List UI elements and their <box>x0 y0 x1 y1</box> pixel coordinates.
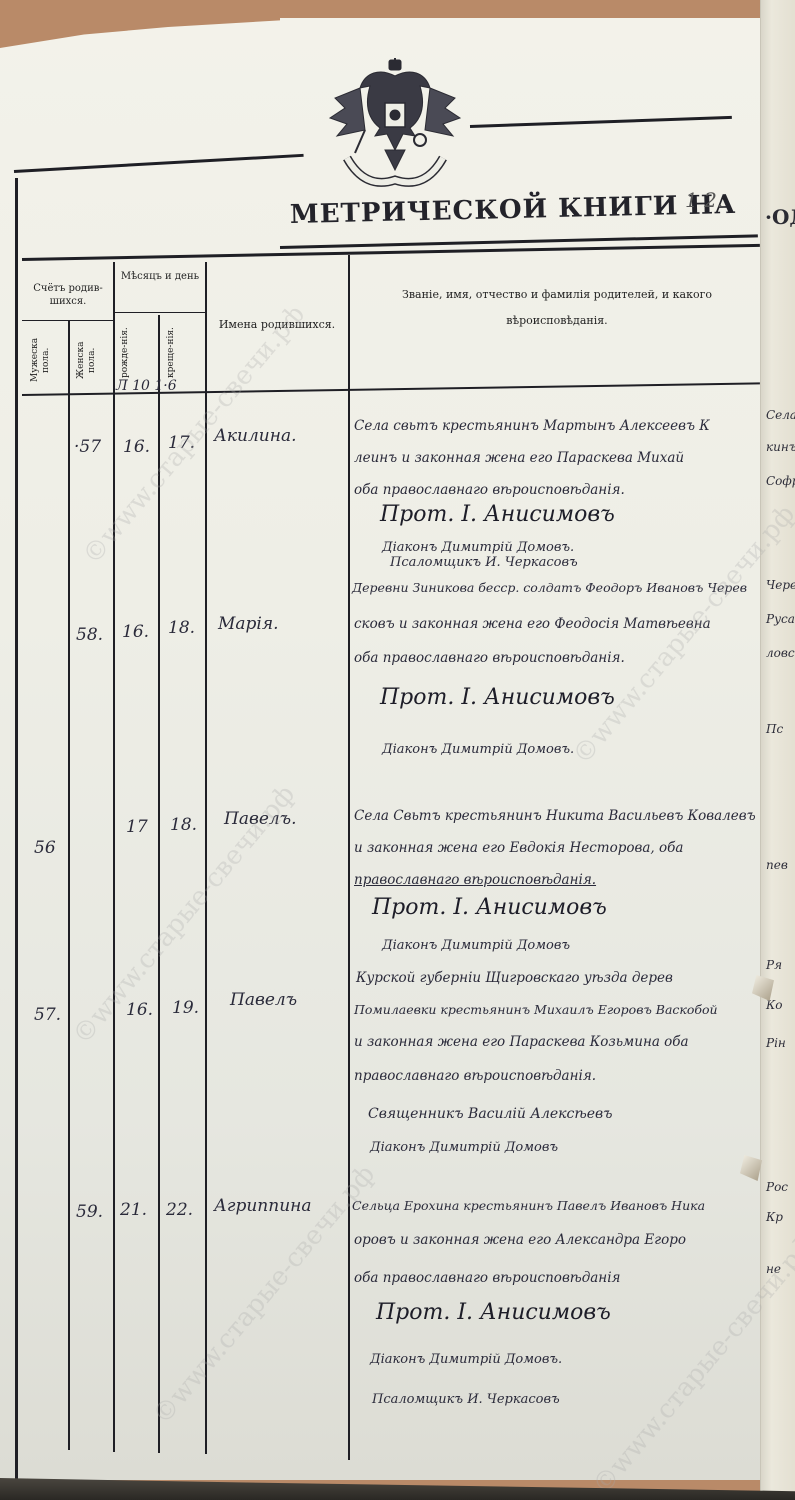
child-name: Павелъ <box>230 990 297 1010</box>
header-parents: Званіе, имя, отчество и фамилія родителе… <box>362 282 752 334</box>
parents-line: Села свьтъ крестьянинъ Мартынъ Алексеевъ… <box>354 418 710 434</box>
header-count-female: Женска пола. <box>76 330 106 390</box>
child-name: Агриппина <box>214 1196 311 1216</box>
parents-line: православнаго вѣроисповѣданія. <box>354 872 596 888</box>
baptism-day: 22. <box>166 1200 193 1220</box>
header-birth: рожде-нія. <box>120 325 150 380</box>
birth-day: 16. <box>126 1000 153 1020</box>
signature-priest: Прот. І. Анисимовъ <box>380 502 615 527</box>
right-page-fragment: Рос <box>766 1180 788 1194</box>
right-page-fragment: Рін <box>766 1036 786 1050</box>
right-page-fragment: Кр <box>766 1210 783 1224</box>
count-male: 57. <box>34 1005 61 1025</box>
double-headed-eagle-icon <box>325 58 465 198</box>
count-female: 59. <box>76 1202 103 1222</box>
right-page-fragment: кинъ <box>766 440 795 454</box>
signature-deacon: Діаконъ Димитрій Домовъ <box>382 938 570 953</box>
month-group-divider <box>113 312 205 313</box>
count-female: 58. <box>76 625 103 645</box>
baptism-day: 17. <box>168 433 195 453</box>
parents-line: сковъ и законная жена его Феодосія Матвѣ… <box>354 616 711 632</box>
col-divider-1 <box>68 320 70 1450</box>
right-page-fragment: не <box>766 1262 781 1276</box>
header-count-male: Мужеска пола. <box>30 330 60 390</box>
header-count-group: Счётъ родив-шихся. <box>24 282 112 308</box>
parents-line: Деревни Зиникова бесср. солдатъ Феодоръ … <box>352 580 747 595</box>
birth-day: 16. <box>123 437 150 457</box>
birth-day: 17 <box>126 817 148 837</box>
signature-deacon: Діаконъ Димитрій Домовъ. <box>370 1352 562 1367</box>
title-band-left-border <box>15 178 18 1488</box>
right-page-fragment: Черев <box>766 578 795 592</box>
birth-day: 21. <box>120 1200 147 1220</box>
right-page-fragment: ловс <box>766 646 795 660</box>
signature-priest: Священникъ Василій Алексѣевъ <box>368 1106 613 1122</box>
count-female: ·57 <box>74 437 101 457</box>
parents-line: и законная жена его Евдокія Несторова, о… <box>354 840 683 856</box>
parents-line: Села Свьтъ крестьянинъ Никита Васильевъ … <box>354 808 756 824</box>
col-divider-3 <box>158 315 160 1453</box>
signature-psalmist: Псаломщикъ И. Черкасовъ <box>390 555 578 570</box>
signature-deacon: Діаконъ Димитрій Домовъ. <box>382 540 574 555</box>
header-names: Имена родившихся. <box>208 318 346 331</box>
parents-line: Сельца Ерохина крестьянинъ Павелъ Иванов… <box>352 1198 705 1213</box>
right-page-fragment: Русан <box>766 612 795 626</box>
parents-line: и законная жена его Параскева Козьмина о… <box>354 1034 689 1050</box>
header-month-day-group: Мѣсяцъ и день <box>118 270 202 283</box>
right-page-fragment: Ря <box>766 958 782 972</box>
baptism-day: 18. <box>170 815 197 835</box>
col-divider-2 <box>113 262 115 1452</box>
right-page-fragment: пев <box>766 858 788 872</box>
col-divider-5 <box>348 255 350 1460</box>
right-page-fragment: Села С <box>766 408 795 422</box>
parents-line: оба православнаго вѣроисповѣданія <box>354 1270 620 1286</box>
parents-line: православнаго вѣроисповѣданія. <box>354 1068 596 1084</box>
signature-priest: Прот. І. Анисимовъ <box>372 895 607 920</box>
signature-priest: Прот. І. Анисимовъ <box>376 1300 611 1325</box>
count-male: 56 <box>34 838 56 858</box>
month-annotation: Л 10 1·6 <box>116 378 177 394</box>
baptism-day: 19. <box>172 998 199 1018</box>
birth-day: 16. <box>122 622 149 642</box>
year-handwritten: 1 2. <box>685 188 723 212</box>
baptism-day: 18. <box>168 618 195 638</box>
parents-line: оровъ и законная жена его Александра Его… <box>354 1232 686 1248</box>
signature-priest: Прот. І. Анисимовъ <box>380 685 615 710</box>
signature-psalmist: Псаломщикъ И. Черкасовъ <box>372 1392 560 1407</box>
parents-line: леинъ и законная жена его Параскева Миха… <box>354 450 684 466</box>
col-divider-4 <box>205 262 207 1454</box>
parents-line: оба православнаго вѣроисповѣданія. <box>354 482 625 498</box>
signature-deacon: Діаконъ Димитрій Домовъ <box>370 1140 558 1155</box>
right-page-fragment: Софр <box>766 474 795 488</box>
right-page-fragment: Пс <box>766 722 783 736</box>
book-binding-shadow <box>0 1478 795 1500</box>
right-page-title-fragment: ·ОДЖ <box>765 205 795 229</box>
child-name: Павелъ. <box>224 809 296 829</box>
parents-line: Курской губерніи Щигровскаго уѣзда дерев <box>356 970 673 986</box>
count-group-divider <box>22 320 113 321</box>
parents-line: оба православнаго вѣроисповѣданія. <box>354 650 625 666</box>
signature-deacon: Діаконъ Димитрій Домовъ. <box>382 742 574 757</box>
child-name: Акилина. <box>214 426 297 446</box>
header-baptism: креще-нія. <box>166 325 196 380</box>
parents-line: Помилаевки крестьянинъ Михаилъ Егоровъ В… <box>354 1002 718 1017</box>
torn-page-edge <box>0 18 280 48</box>
child-name: Марія. <box>218 614 279 634</box>
